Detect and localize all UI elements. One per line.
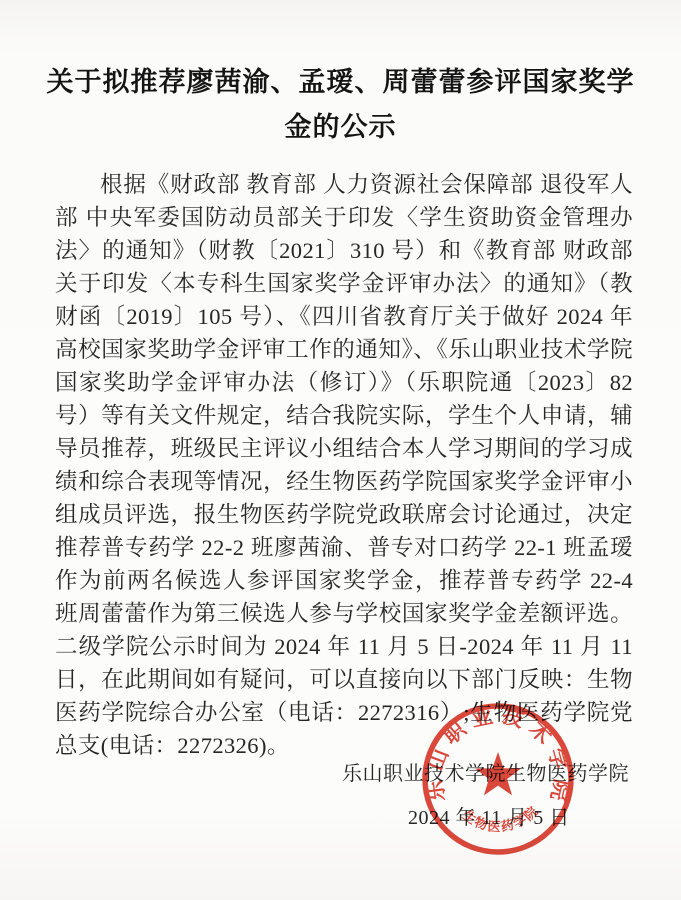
title-line-1: 关于拟推荐廖茜渝、孟瑷、周蕾蕾参评国家奖学 xyxy=(40,60,641,105)
page-title: 关于拟推荐廖茜渝、孟瑷、周蕾蕾参评国家奖学 金的公示 xyxy=(0,18,681,150)
announcement-body: 根据《财政部 教育部 人力资源社会保障部 退役军人部 中央军委国防动员部关于印发… xyxy=(55,168,633,762)
title-line-2: 金的公示 xyxy=(40,105,641,150)
document-page: 关于拟推荐廖茜渝、孟瑷、周蕾蕾参评国家奖学 金的公示 根据《财政部 教育部 人力… xyxy=(0,0,681,900)
seal-bottom-text: 生物医药学院 xyxy=(460,803,542,835)
star-icon xyxy=(475,752,521,795)
official-seal: 乐山职业技术学院 生物医药学院 xyxy=(419,700,577,858)
